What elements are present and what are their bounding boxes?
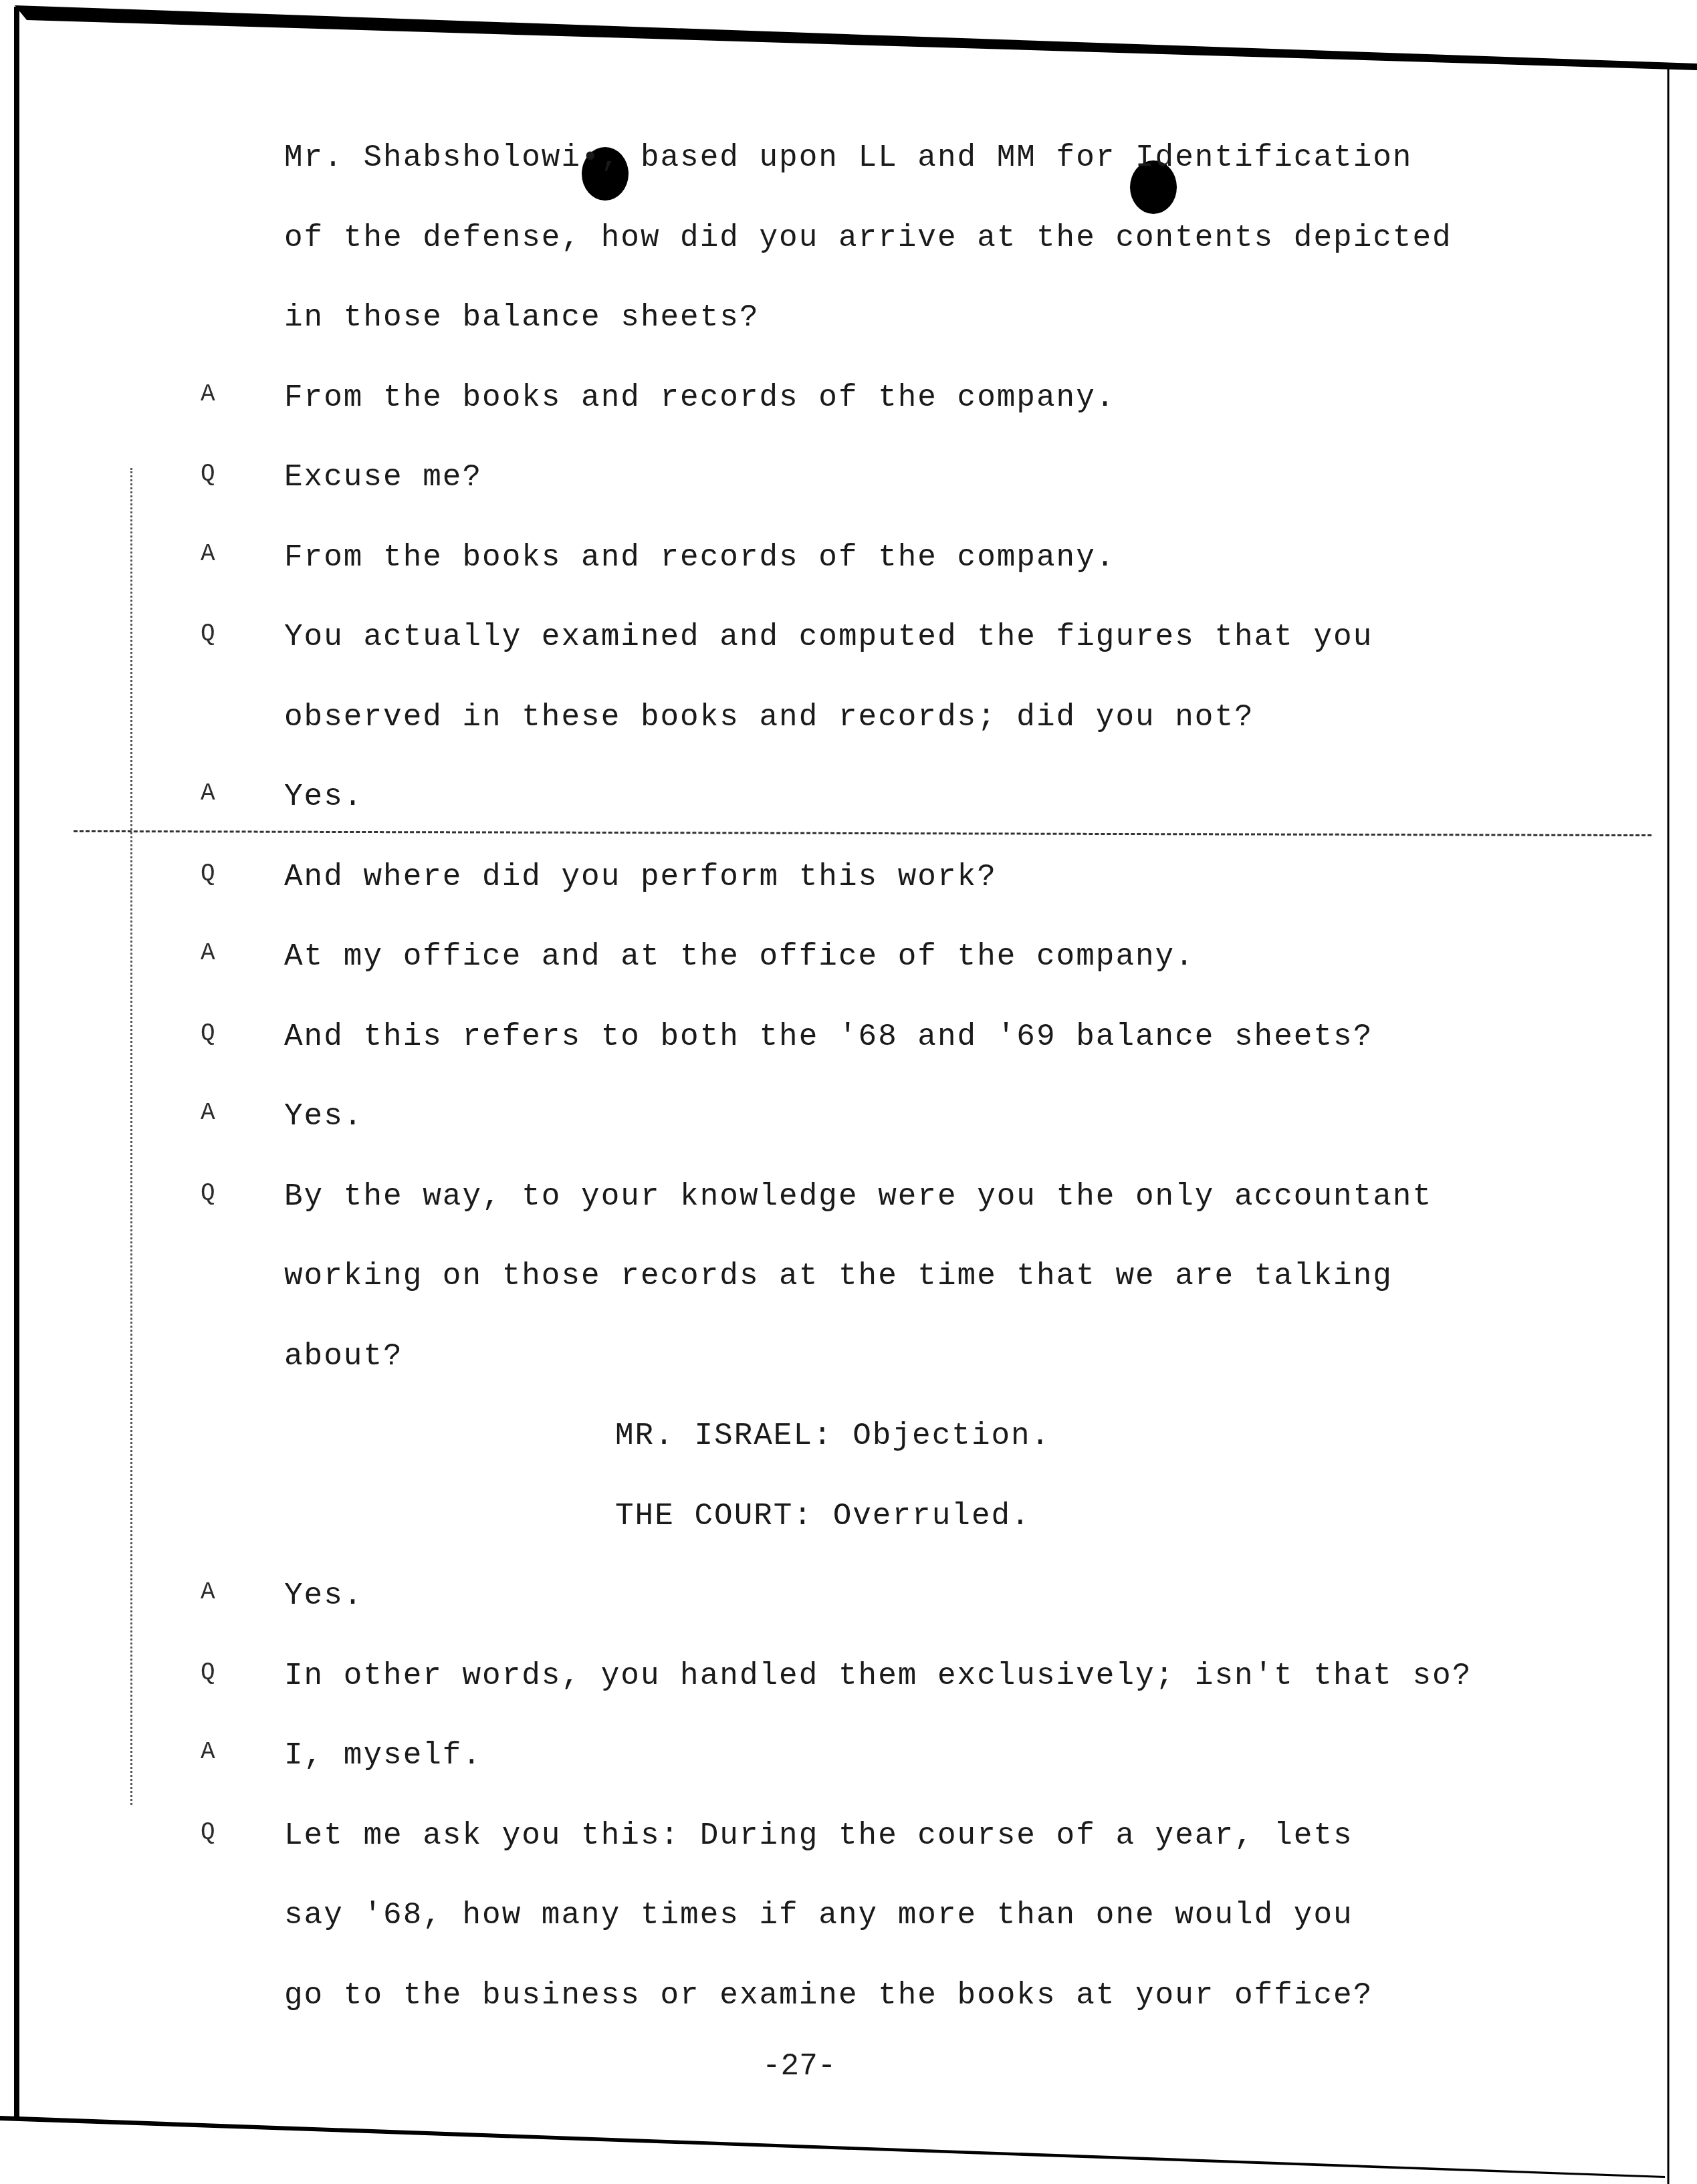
transcript-line: AYes. <box>0 1099 1697 1139</box>
qa-marker: Q <box>201 1818 227 1846</box>
transcript-line: AYes. <box>0 1578 1697 1618</box>
qa-marker: A <box>201 779 227 807</box>
transcript-line: QIn other words, you handled them exclus… <box>0 1659 1697 1699</box>
qa-marker: A <box>201 939 227 967</box>
line-text: And this refers to both the '68 and '69 … <box>284 1019 1373 1054</box>
transcript-line: AI, myself. <box>0 1738 1697 1778</box>
line-text: In other words, you handled them exclusi… <box>284 1659 1472 1693</box>
page-number: -27- <box>762 2049 836 2084</box>
qa-marker: Q <box>201 860 227 887</box>
qa-marker: A <box>201 1099 227 1126</box>
line-text: say '68, how many times if any more than… <box>284 1898 1353 1933</box>
line-text: working on those records at the time tha… <box>284 1259 1393 1294</box>
transcript-line: say '68, how many times if any more than… <box>0 1898 1697 1938</box>
qa-marker: A <box>201 540 227 568</box>
line-text: go to the business or examine the books … <box>284 1978 1373 2013</box>
line-text: From the books and records of the compan… <box>284 380 1115 415</box>
line-text: At my office and at the office of the co… <box>284 939 1195 974</box>
transcript-line: about? <box>0 1339 1697 1379</box>
transcript-line: working on those records at the time tha… <box>0 1259 1697 1299</box>
line-text: And where did you perform this work? <box>284 860 997 894</box>
transcript-line: QYou actually examined and computed the … <box>0 620 1697 660</box>
line-text: By the way, to your knowledge were you t… <box>284 1179 1432 1214</box>
qa-marker: Q <box>201 460 227 487</box>
qa-marker: Q <box>201 1659 227 1686</box>
transcript-line: of the defense, how did you arrive at th… <box>0 221 1697 261</box>
qa-marker: A <box>201 1578 227 1606</box>
line-text: Yes. <box>284 1578 363 1613</box>
transcript-line: QExcuse me? <box>0 460 1697 500</box>
qa-marker: Q <box>201 1019 227 1047</box>
transcript-line: AFrom the books and records of the compa… <box>0 540 1697 580</box>
qa-marker: Q <box>201 620 227 647</box>
line-text: From the books and records of the compan… <box>284 540 1115 575</box>
line-text: Yes. <box>284 779 363 814</box>
line-text: observed in these books and records; did… <box>284 700 1254 735</box>
transcript-line: THE COURT: Overruled. <box>0 1499 1697 1539</box>
qa-marker: Q <box>201 1179 227 1207</box>
transcript-line: AFrom the books and records of the compa… <box>0 380 1697 420</box>
transcript-line: go to the business or examine the books … <box>0 1978 1697 2018</box>
line-text: Let me ask you this: During the course o… <box>284 1818 1353 1853</box>
transcript-line: QBy the way, to your knowledge were you … <box>0 1179 1697 1219</box>
transcript-line: observed in these books and records; did… <box>0 700 1697 740</box>
transcript-line: MR. ISRAEL: Objection. <box>0 1419 1697 1459</box>
line-text: You actually examined and computed the f… <box>284 620 1373 654</box>
transcript-line: in those balance sheets? <box>0 300 1697 340</box>
transcript-line: QAnd this refers to both the '68 and '69… <box>0 1019 1697 1060</box>
transcript-line: Mr. Shabsholowi•, based upon LL and MM f… <box>0 140 1697 180</box>
line-text: Yes. <box>284 1099 363 1134</box>
line-text: THE COURT: Overruled. <box>615 1499 1031 1534</box>
line-text: Excuse me? <box>284 460 482 495</box>
line-text: I, myself. <box>284 1738 482 1773</box>
qa-marker: A <box>201 1738 227 1766</box>
transcript-line: AYes. <box>0 779 1697 820</box>
qa-marker: A <box>201 380 227 408</box>
transcript-line: QLet me ask you this: During the course … <box>0 1818 1697 1858</box>
line-text: MR. ISRAEL: Objection. <box>615 1419 1050 1453</box>
line-text: Mr. Shabsholowi•, based upon LL and MM f… <box>284 140 1412 175</box>
line-text: about? <box>284 1339 403 1374</box>
transcript-body: Mr. Shabsholowi•, based upon LL and MM f… <box>0 0 1697 2184</box>
transcript-line: QAnd where did you perform this work? <box>0 860 1697 900</box>
transcript-line: AAt my office and at the office of the c… <box>0 939 1697 979</box>
line-text: of the defense, how did you arrive at th… <box>284 221 1452 255</box>
line-text: in those balance sheets? <box>284 300 760 335</box>
